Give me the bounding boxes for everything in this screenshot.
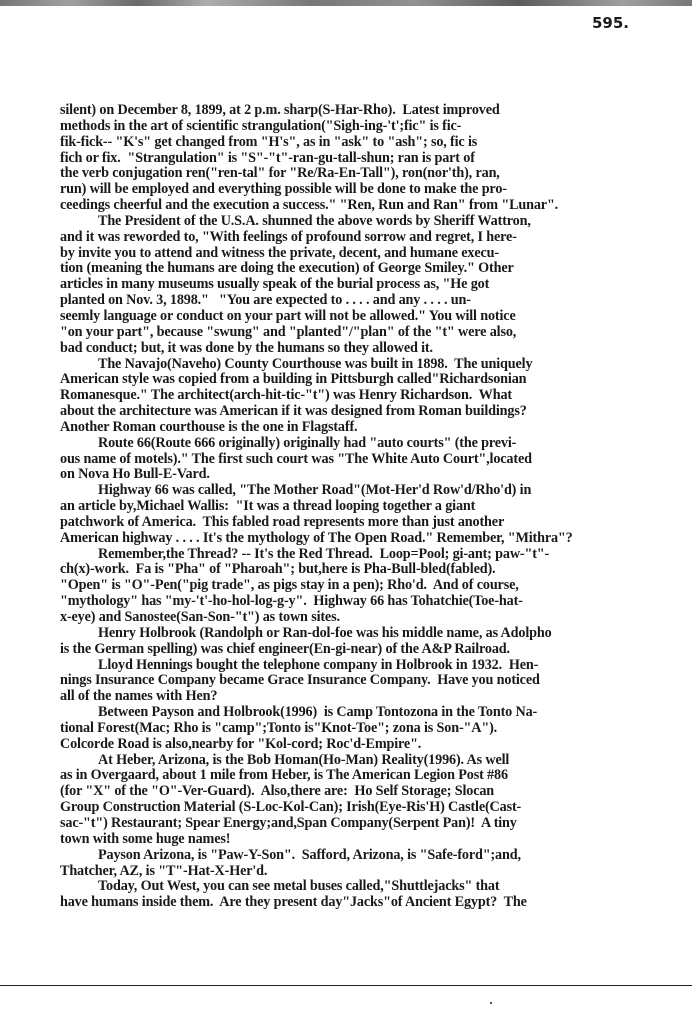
text-line: bad conduct; but, it was done by the hum… [60, 341, 660, 357]
text-line: patchwork of America. This fabled road r… [60, 515, 660, 531]
text-line: about the architecture was American if i… [60, 404, 660, 420]
text-line: silent) on December 8, 1899, at 2 p.m. s… [60, 103, 660, 119]
text-line: town with some huge names! [60, 832, 660, 848]
text-line: Payson Arizona, is "Paw-Y-Son". Safford,… [60, 848, 660, 864]
text-line: Today, Out West, you can see metal buses… [60, 879, 660, 895]
text-line: have humans inside them. Are they presen… [60, 895, 660, 911]
text-line: "Open" is "O"-Pen("pig trade", as pigs s… [60, 578, 660, 594]
text-line: Romanesque." The architect(arch-hit-tic-… [60, 388, 660, 404]
text-line: nings Insurance Company became Grace Ins… [60, 673, 660, 689]
text-line: Group Construction Material (S-Loc-Kol-C… [60, 800, 660, 816]
text-line: Colcorde Road is also,nearby for "Kol-co… [60, 737, 660, 753]
text-line: Highway 66 was called, "The Mother Road"… [60, 483, 660, 499]
text-line: Another Roman courthouse is the one in F… [60, 420, 660, 436]
text-line: articles in many museums usually speak o… [60, 277, 660, 293]
text-line: as in Overgaard, about 1 mile from Heber… [60, 768, 660, 784]
text-line: Remember,the Thread? -- It's the Red Thr… [60, 547, 660, 563]
text-line: The Navajo(Naveho) County Courthouse was… [60, 357, 660, 373]
text-line: American highway . . . . It's the mythol… [60, 531, 660, 547]
text-line: Thatcher, AZ, is "T"-Hat-X-Her'd. [60, 864, 660, 880]
text-line: American style was copied from a buildin… [60, 372, 660, 388]
text-line: and it was reworded to, "With feelings o… [60, 230, 660, 246]
text-line: on Nova Ho Bull-E-Vard. [60, 467, 660, 483]
text-line: methods in the art of scientific strangu… [60, 119, 660, 135]
text-line: (for "X" of the "O"-Ver-Guard). Also,the… [60, 784, 660, 800]
text-line: Between Payson and Holbrook(1996) is Cam… [60, 705, 660, 721]
text-line: tional Forest(Mac; Rho is "camp";Tonto i… [60, 721, 660, 737]
text-line: an article by,Michael Wallis: "It was a … [60, 499, 660, 515]
text-line: ous name of motels)." The first such cou… [60, 452, 660, 468]
text-line: The President of the U.S.A. shunned the … [60, 214, 660, 230]
scan-speck [490, 1002, 492, 1004]
text-line: the verb conjugation ren("ren-tal" for "… [60, 166, 660, 182]
text-line: "mythology" has "my-'t'-ho-hol-log-g-y".… [60, 594, 660, 610]
text-line: ceedings cheerful and the execution a su… [60, 198, 660, 214]
document-body: silent) on December 8, 1899, at 2 p.m. s… [60, 103, 660, 911]
text-line: run) will be employed and everything pos… [60, 182, 660, 198]
text-line: fich or fix. "Strangulation" is "S"-"t"-… [60, 151, 660, 167]
text-line: sac-"t") Restaurant; Spear Energy;and,Sp… [60, 816, 660, 832]
text-line: Route 66(Route 666 originally) originall… [60, 436, 660, 452]
text-line: seemly language or conduct on your part … [60, 309, 660, 325]
footer-rule [0, 985, 692, 986]
page-number: 595. [592, 14, 629, 32]
text-line: Lloyd Hennings bought the telephone comp… [60, 658, 660, 674]
text-line: ch(x)-work. Fa is "Pha" of "Pharoah"; bu… [60, 562, 660, 578]
text-line: "on your part", because "swung" and "pla… [60, 325, 660, 341]
text-line: tion (meaning the humans are doing the e… [60, 261, 660, 277]
text-line: by invite you to attend and witness the … [60, 246, 660, 262]
text-line: planted on Nov. 3, 1898." "You are expec… [60, 293, 660, 309]
text-line: is the German spelling) was chief engine… [60, 642, 660, 658]
text-line: At Heber, Arizona, is the Bob Homan(Ho-M… [60, 753, 660, 769]
text-line: x-eye) and Sanostee(San-Son-"t") as town… [60, 610, 660, 626]
scan-edge-artifact [0, 0, 692, 6]
text-line: fik-fick-- "K's" get changed from "H's",… [60, 135, 660, 151]
text-line: Henry Holbrook (Randolph or Ran-dol-foe … [60, 626, 660, 642]
text-line: all of the names with Hen? [60, 689, 660, 705]
